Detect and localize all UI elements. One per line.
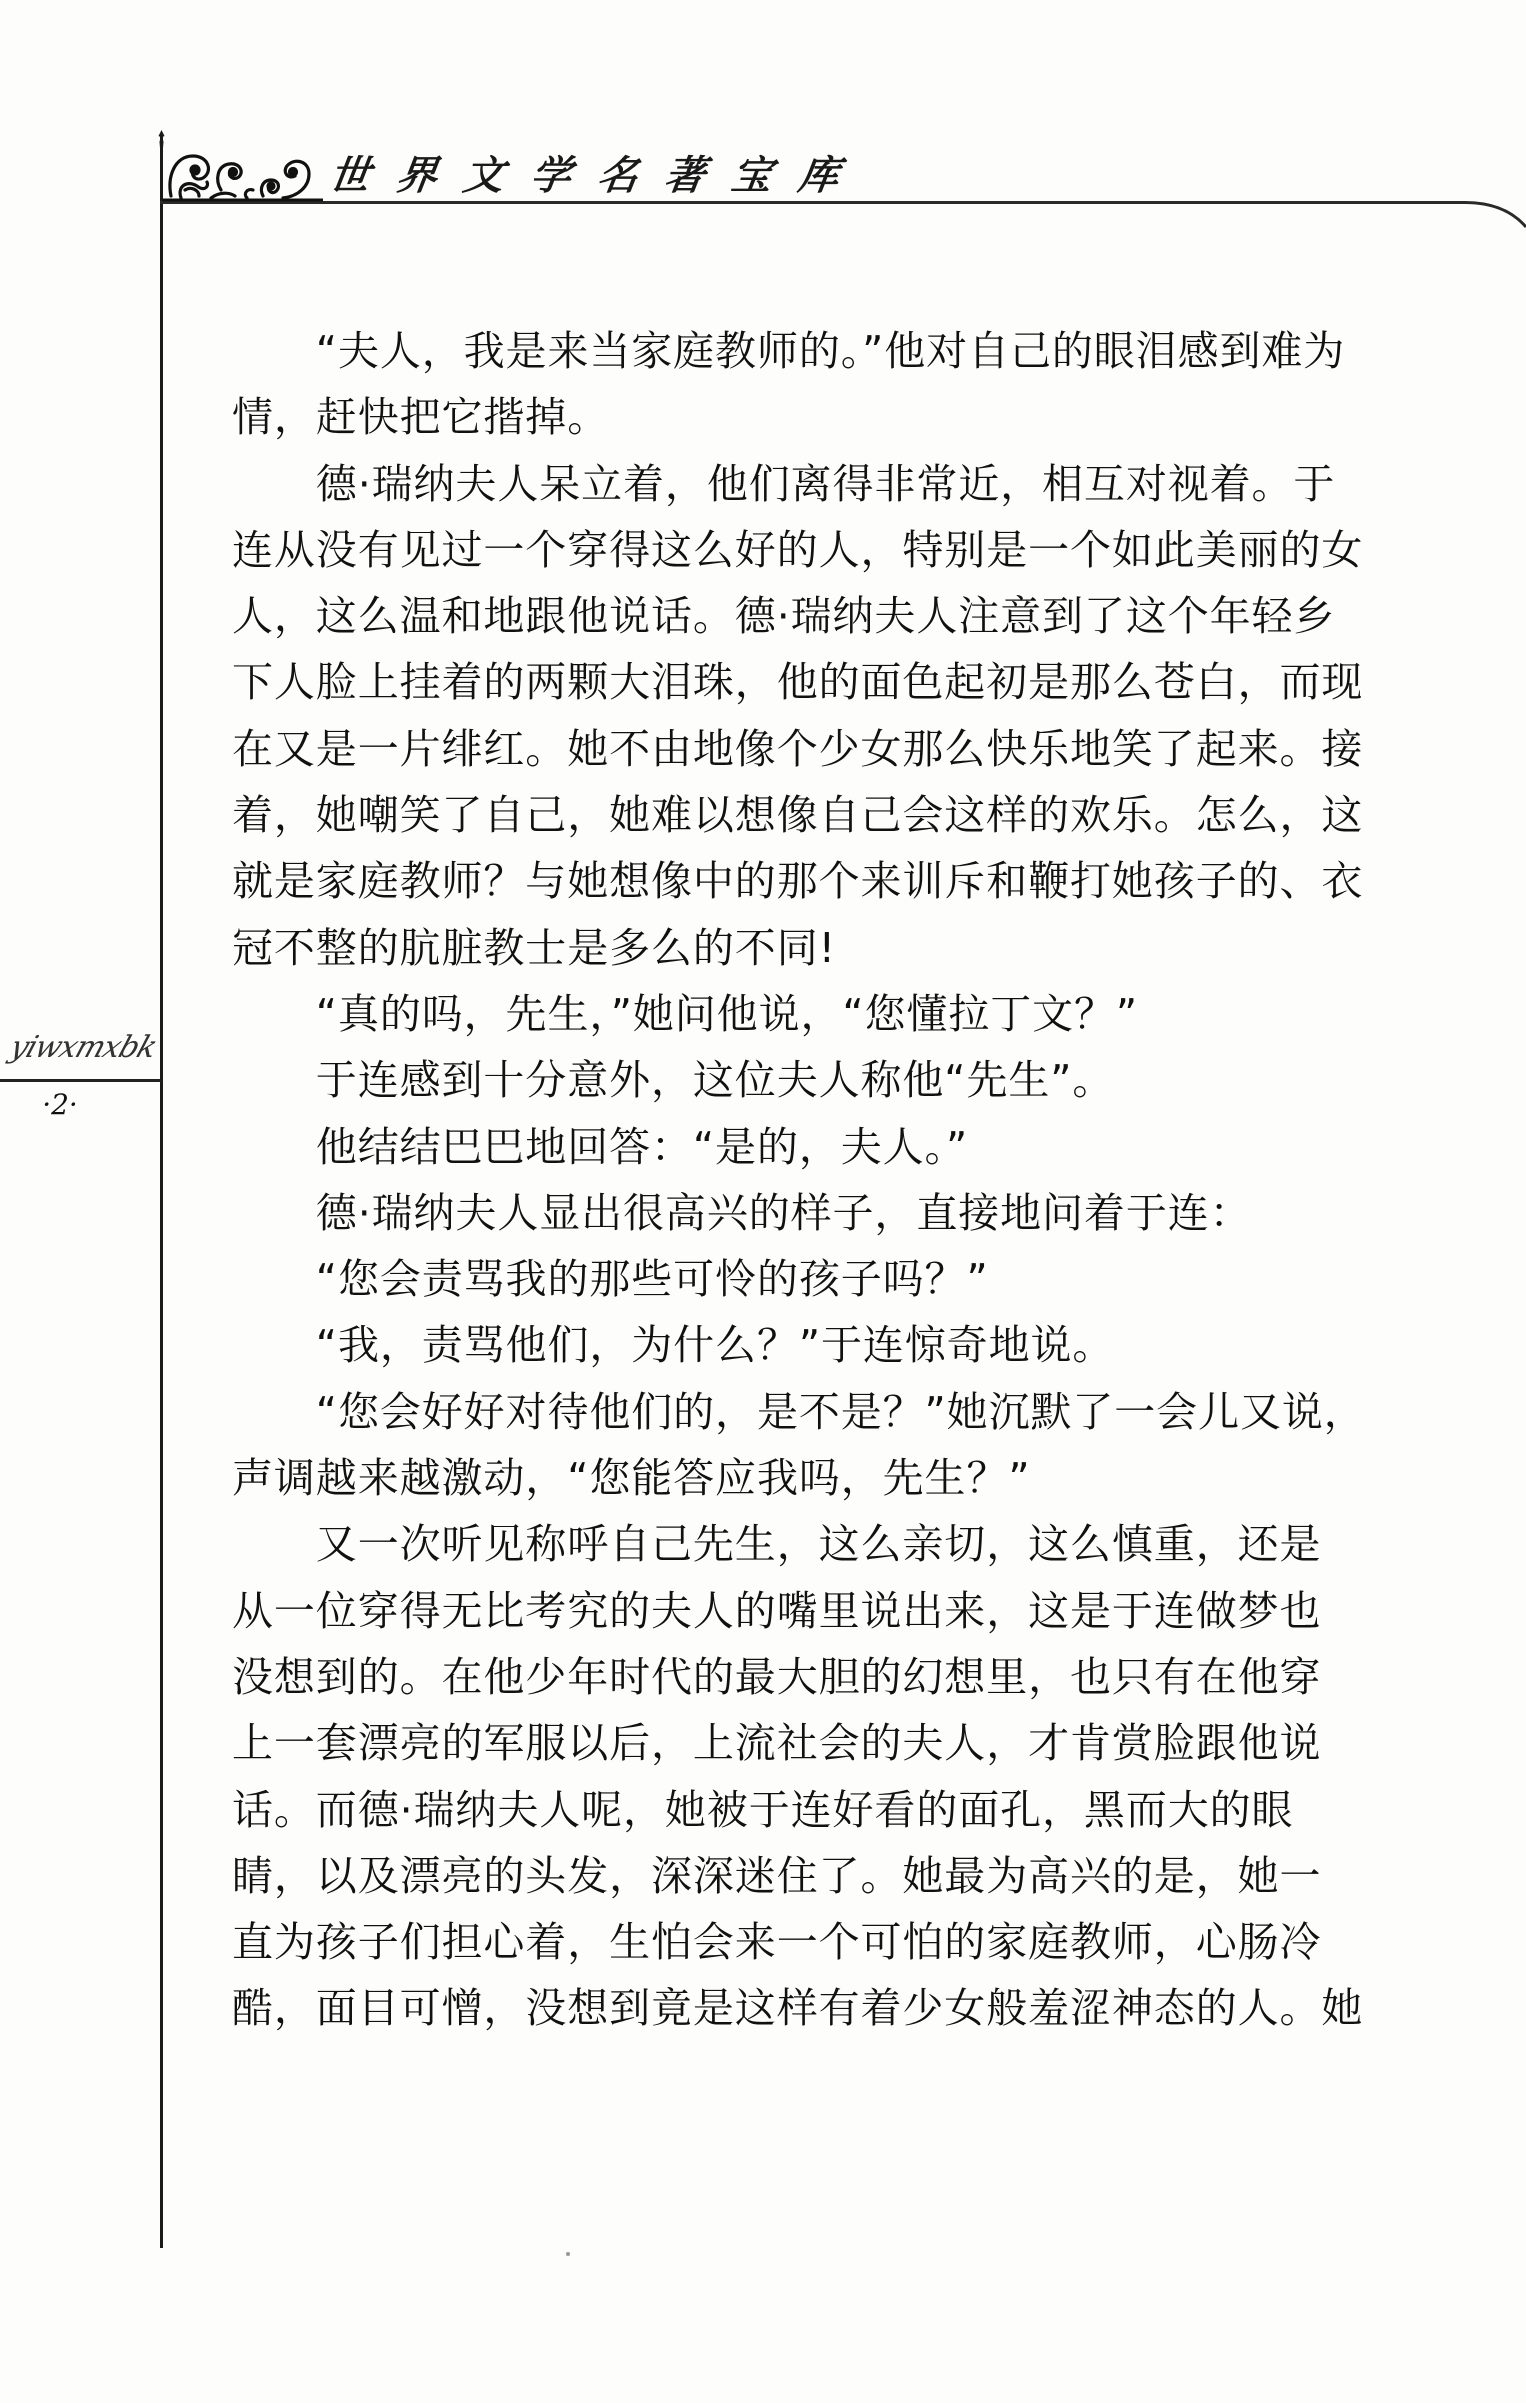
scroll-ornament-icon (163, 146, 323, 202)
text-line: 冠不整的肮脏教士是多么的不同! (232, 915, 1412, 981)
text-line: 声调越来越激动，“您能答应我吗，先生？” (232, 1445, 1412, 1511)
text-line: 酷，面目可憎，没想到竟是这样有着少女般羞涩神态的人。她 (232, 1975, 1412, 2041)
text-line: 在又是一片绯红。她不由地像个少女那么快乐地笑了起来。接 (232, 716, 1412, 782)
text-line: 他结结巴巴地回答：“是的，夫人。” (232, 1114, 1412, 1180)
text-line: 德·瑞纳夫人显出很高兴的样子，直接地问着于连： (232, 1180, 1412, 1246)
text-line: 德·瑞纳夫人呆立着，他们离得非常近，相互对视着。于 (232, 451, 1412, 517)
text-line: “真的吗，先生，”她问他说，“您懂拉丁文？” (232, 981, 1412, 1047)
text-line: 从一位穿得无比考究的夫人的嘴里说出来，这是于连做梦也 (232, 1578, 1412, 1644)
text-line: 直为孩子们担心着，生怕会来一个可怕的家庭教师，心肠冷 (232, 1909, 1412, 1975)
text-line: 上一套漂亮的军服以后，上流社会的夫人，才肯赏脸跟他说 (232, 1710, 1412, 1776)
text-line: “夫人，我是来当家庭教师的。”他对自己的眼泪感到难为 (232, 318, 1412, 384)
text-line: 就是家庭教师？与她想像中的那个来训斥和鞭打她孩子的、衣 (232, 848, 1412, 914)
text-line: 连从没有见过一个穿得这么好的人，特别是一个如此美丽的女 (232, 517, 1412, 583)
text-line: 睛，以及漂亮的头发，深深迷住了。她最为高兴的是，她一 (232, 1843, 1412, 1909)
margin-rule (0, 1079, 161, 1082)
print-speck (566, 2252, 570, 2256)
text-line: 人，这么温和地跟他说话。德·瑞纳夫人注意到了这个年轻乡 (232, 583, 1412, 649)
text-line: 下人脸上挂着的两颗大泪珠，他的面色起初是那么苍白，而现 (232, 649, 1412, 715)
text-line: 着，她嘲笑了自己，她难以想像自己会这样的欢乐。怎么，这 (232, 782, 1412, 848)
series-title: 世界文学名著宝库 (326, 150, 869, 202)
text-line: 话。而德·瑞纳夫人呢，她被于连好看的面孔，黑而大的眼 (232, 1777, 1412, 1843)
text-line: “您会好好对待他们的，是不是？”她沉默了一会儿又说， (232, 1379, 1412, 1445)
text-line: “您会责骂我的那些可怜的孩子吗？” (232, 1246, 1412, 1312)
text-line: 又一次听见称呼自己先生，这么亲切，这么慎重，还是 (232, 1511, 1412, 1577)
margin-script-text: yiwxmxbk (0, 1028, 161, 1068)
text-line: 情，赶快把它揩掉。 (232, 384, 1412, 450)
text-line: 于连感到十分意外，这位夫人称他“先生”。 (232, 1047, 1412, 1113)
page-frame-vertical-rule (160, 134, 163, 2248)
header-rule-curve (1405, 201, 1526, 241)
text-line: 没想到的。在他少年时代的最大胆的幻想里，也只有在他穿 (232, 1644, 1412, 1710)
text-line: “我，责骂他们，为什么？”于连惊奇地说。 (232, 1312, 1412, 1378)
page-number: ·2· (20, 1088, 100, 1122)
body-text: “夫人，我是来当家庭教师的。”他对自己的眼泪感到难为 情，赶快把它揩掉。 德·瑞… (232, 318, 1412, 2042)
